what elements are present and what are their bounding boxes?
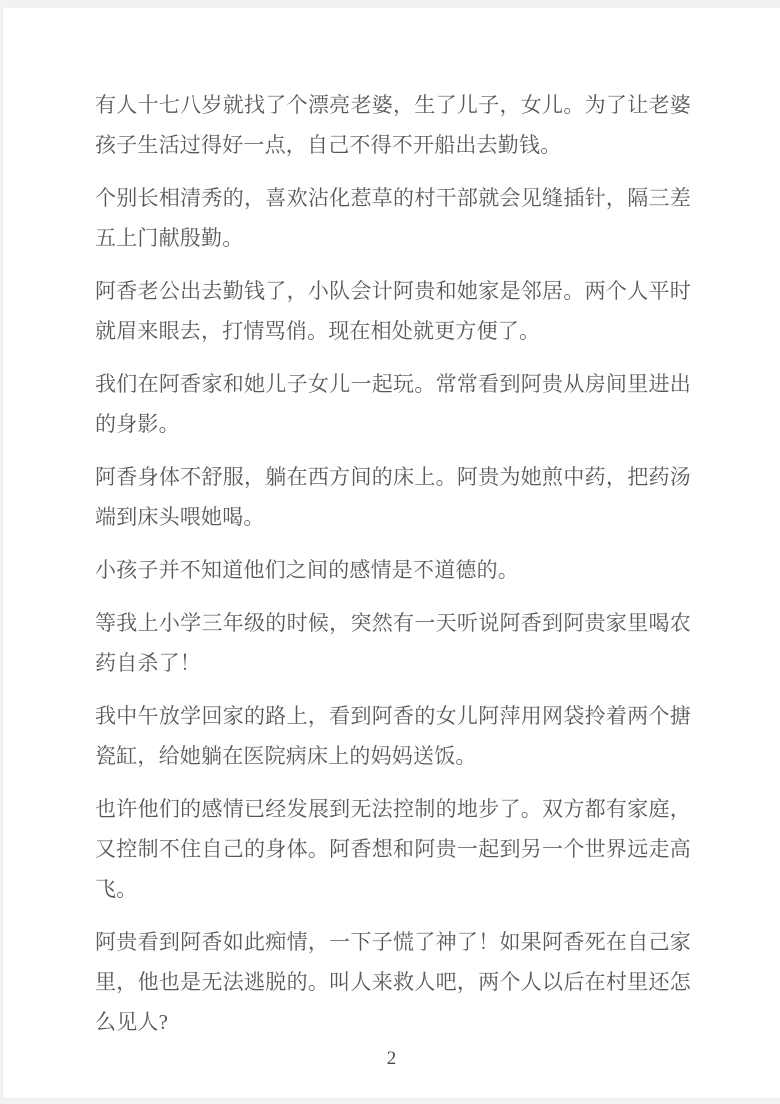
document-page: 有人十七八岁就找了个漂亮老婆，生了儿子，女儿。为了让老婆孩子生活过得好一点，自己… <box>3 8 780 1098</box>
page-number: 2 <box>3 1048 780 1070</box>
paragraph: 有人十七八岁就找了个漂亮老婆，生了儿子，女儿。为了让老婆孩子生活过得好一点，自己… <box>95 85 691 165</box>
paragraph: 阿贵看到阿香如此痴情，一下子慌了神了！如果阿香死在自己家里，他也是无法逃脱的。叫… <box>95 922 691 1042</box>
paragraph: 我们在阿香家和她儿子女儿一起玩。常常看到阿贵从房间里进出的身影。 <box>95 364 691 444</box>
page-content: 有人十七八岁就找了个漂亮老婆，生了儿子，女儿。为了让老婆孩子生活过得好一点，自己… <box>95 85 691 1055</box>
paragraph: 也许他们的感情已经发展到无法控制的地步了。双方都有家庭，又控制不住自己的身体。阿… <box>95 789 691 909</box>
paragraph: 小孩子并不知道他们之间的感情是不道德的。 <box>95 550 691 590</box>
paragraph: 我中午放学回家的路上，看到阿香的女儿阿萍用网袋拎着两个搪瓷缸，给她躺在医院病床上… <box>95 696 691 776</box>
paragraph: 阿香老公出去勤钱了，小队会计阿贵和她家是邻居。两个人平时就眉来眼去，打情骂俏。现… <box>95 271 691 351</box>
document-viewer: 有人十七八岁就找了个漂亮老婆，生了儿子，女儿。为了让老婆孩子生活过得好一点，自己… <box>0 0 780 1104</box>
paragraph: 等我上小学三年级的时候，突然有一天听说阿香到阿贵家里喝农药自杀了！ <box>95 603 691 683</box>
paragraph: 阿香身体不舒服，躺在西方间的床上。阿贵为她煎中药，把药汤端到床头喂她喝。 <box>95 457 691 537</box>
paragraph: 个别长相清秀的，喜欢沾化惹草的村干部就会见缝插针，隔三差五上门献殷勤。 <box>95 178 691 258</box>
